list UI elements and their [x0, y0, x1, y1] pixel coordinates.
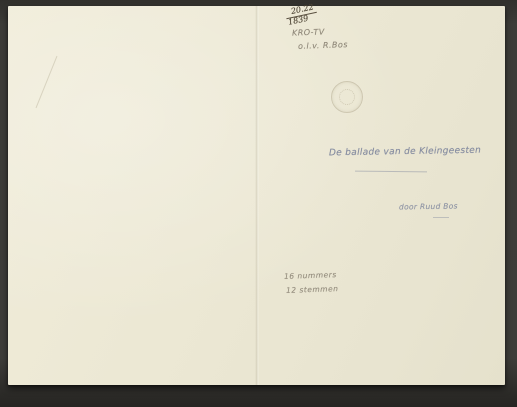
pencil-broadcast-note: KRO-TV [292, 27, 325, 37]
pencil-conductor-note: o.l.v. R.Bos [298, 40, 348, 51]
pencil-note-voices: 12 stemmen [286, 284, 339, 295]
author-handwritten: door Ruud Bos [399, 201, 458, 211]
photo-background: 20.22 1839 KRO-TV o.l.v. R.Bos De ballad… [0, 0, 517, 407]
author-underline [433, 217, 449, 218]
catalog-number: 20.22 1839 [284, 3, 318, 27]
title-handwritten: De ballade van de Kleingeesten [329, 146, 481, 159]
right-page: 20.22 1839 KRO-TV o.l.v. R.Bos De ballad… [259, 6, 505, 385]
title-underline [355, 171, 427, 173]
pencil-note-numbers: 16 nummers [284, 270, 337, 281]
folder-paper: 20.22 1839 KRO-TV o.l.v. R.Bos De ballad… [8, 6, 505, 385]
left-page [8, 6, 255, 385]
embossed-stamp-icon [331, 81, 363, 113]
